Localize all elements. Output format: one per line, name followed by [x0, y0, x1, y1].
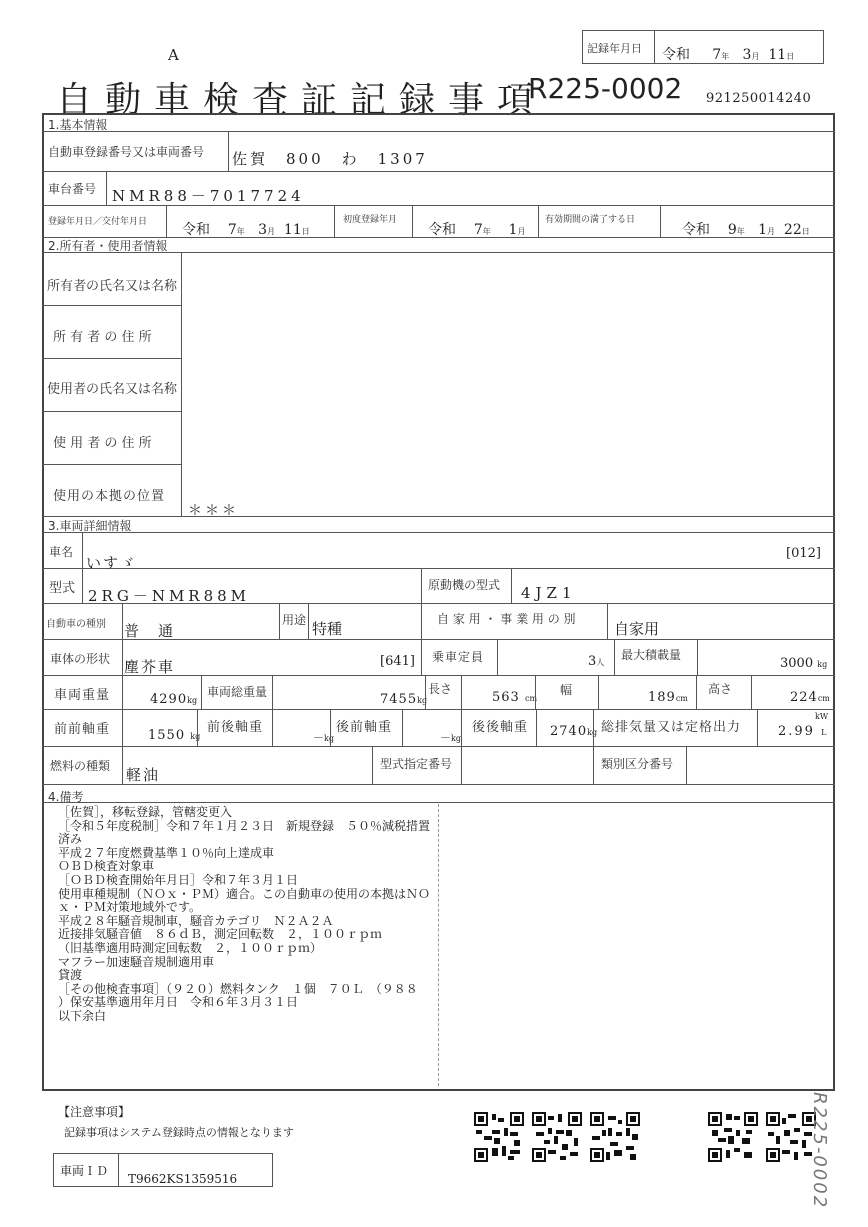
- kw-unit: kW: [815, 712, 828, 721]
- height: 224cm: [790, 690, 830, 705]
- private-business-label: 自 家 用 ・ 事 業 用 の 別: [437, 610, 576, 627]
- displacement-label: 総排気量又は定格出力: [601, 716, 741, 735]
- remark-line: 近接排気騒音値 ８６ｄＢ，測定回転数 ２，１００ｒｐｍ: [58, 928, 430, 942]
- reg-number-label: 自動車登録番号又は車両番号: [48, 143, 204, 160]
- vehicle-id: T9662KS1359516: [128, 1172, 237, 1186]
- vehicle-type-label: 自動車の種別: [46, 615, 106, 630]
- usage-label: 用途: [282, 611, 306, 628]
- doc-code: R225-0002: [528, 72, 682, 105]
- record-date: 令和 7年 3月 11日: [662, 44, 794, 64]
- reg-number: 佐賀 800 わ 1307: [232, 148, 428, 169]
- remark-line: （旧基準適用時測定回転数 ２，１００ｒｐｍ）: [58, 942, 430, 956]
- notice-title: 【注意事項】: [58, 1103, 130, 1120]
- chassis-label: 車台番号: [48, 180, 96, 197]
- remark-line: ）保安基準適用年月日 令和６年３月３１日: [58, 996, 430, 1010]
- type-designation-label: 型式指定番号: [380, 755, 452, 772]
- handwritten-note: R225-0002: [808, 1092, 832, 1202]
- fuel: 軽油: [126, 764, 160, 785]
- gross-weight-label: 車両総重量: [207, 683, 267, 700]
- owner-name-label: 所有者の氏名又は名称: [47, 275, 177, 294]
- category-label: 類別区分番号: [601, 755, 673, 772]
- engine-label: 原動機の型式: [428, 576, 500, 593]
- reg-date: 令和 7年 3月 11日: [182, 219, 310, 239]
- length: 563 cm: [492, 690, 537, 705]
- remark-line: 貸渡: [58, 969, 430, 983]
- remark-line: 以下余白: [58, 1010, 430, 1024]
- width: 189cm: [648, 690, 688, 705]
- doc-number: 921250014240: [706, 91, 811, 106]
- vehicle-id-label: 車両ＩＤ: [60, 1162, 108, 1179]
- weight-label: 車両重量: [54, 684, 110, 703]
- rr-axle: 2740kg: [550, 724, 597, 739]
- vehicle-type: 普 通: [124, 620, 175, 641]
- base-location-label: 使用の本拠の位置: [53, 485, 165, 504]
- remark-line: ＯＢＤ検査対象車: [58, 860, 430, 874]
- fuel-label: 燃料の種類: [50, 757, 110, 774]
- ff-axle: 1550 kg: [148, 728, 200, 743]
- capacity-label: 乗車定員: [432, 648, 484, 665]
- remark-line: 済み: [58, 833, 430, 847]
- length-label: 長さ: [428, 680, 452, 697]
- qr-code-icon: [590, 1112, 640, 1162]
- displacement: 2.99 L: [778, 724, 826, 739]
- model-label: 型式: [49, 577, 75, 596]
- car-name-code: [012]: [786, 546, 821, 561]
- rr-axle-label: 後後軸重: [472, 716, 528, 735]
- remark-line: マフラー加速騒音規制適用車: [58, 956, 430, 970]
- owner-address-label: 所 有 者 の 住 所: [53, 326, 152, 345]
- record-date-label: 記録年月日: [587, 40, 642, 56]
- ff-axle-label: 前前軸重: [54, 718, 110, 737]
- remark-line: ［ＯＢＤ検査開始年月日］令和７年３月１日: [58, 874, 430, 888]
- car-name-label: 車名: [49, 543, 73, 560]
- first-reg-label: 初度登録年月: [343, 212, 397, 225]
- gross-weight: 7455kg: [380, 692, 427, 707]
- weight: 4290kg: [150, 692, 197, 707]
- capacity: 3人: [588, 654, 604, 669]
- max-load-label: 最大積載量: [621, 646, 681, 663]
- height-label: 高さ: [708, 680, 732, 697]
- qr-code-icon: [708, 1112, 758, 1162]
- rf-axle: －kg: [440, 729, 461, 745]
- remarks-list: ［佐賀］，移転登録，管轄変更入 ［令和５年度税制］令和７年１月２３日 新規登録 …: [58, 806, 430, 1024]
- car-name: いすゞ: [86, 552, 137, 573]
- qr-code-icon: [474, 1112, 524, 1162]
- rf-axle-label: 後前軸重: [336, 716, 392, 735]
- private-business: 自家用: [614, 618, 659, 639]
- remarks-divider: [438, 804, 439, 1086]
- usage: 特種: [312, 618, 342, 639]
- remark-line: ［佐賀］，移転登録，管轄変更入: [58, 806, 430, 820]
- engine: 4JZ1: [521, 584, 577, 602]
- corner-mark: A: [168, 46, 179, 64]
- qr-code-icon: [532, 1112, 582, 1162]
- reg-date-label: 登録年月日／交付年月日: [48, 214, 147, 227]
- expiry-label: 有効期間の満了する日: [545, 212, 635, 225]
- user-name-label: 使用者の氏名又は名称: [47, 378, 177, 397]
- width-label: 幅: [560, 681, 572, 698]
- max-load: 3000 kg: [780, 656, 827, 671]
- first-reg-date: 令和 7年 1月: [428, 219, 525, 239]
- remark-line: ［令和５年度税制］令和７年１月２３日 新規登録 ５０％減税措置: [58, 820, 430, 834]
- body-shape-code: [641]: [380, 654, 415, 669]
- remark-line: ｘ・ＰＭ対策地域外です。: [58, 901, 430, 915]
- user-address-label: 使 用 者 の 住 所: [53, 432, 152, 451]
- body-shape-label: 車体の形状: [50, 650, 110, 667]
- fr-axle-label: 前後軸重: [207, 716, 263, 735]
- notice-text: 記録事項はシステム登録時点の情報となります: [64, 1124, 294, 1140]
- chassis-number: NMR88－7017724: [112, 185, 305, 206]
- expiry-date: 令和 9年 1月 22日: [682, 219, 810, 239]
- base-location-value: ＊＊＊: [188, 500, 239, 520]
- body-shape: 塵芥車: [124, 656, 175, 677]
